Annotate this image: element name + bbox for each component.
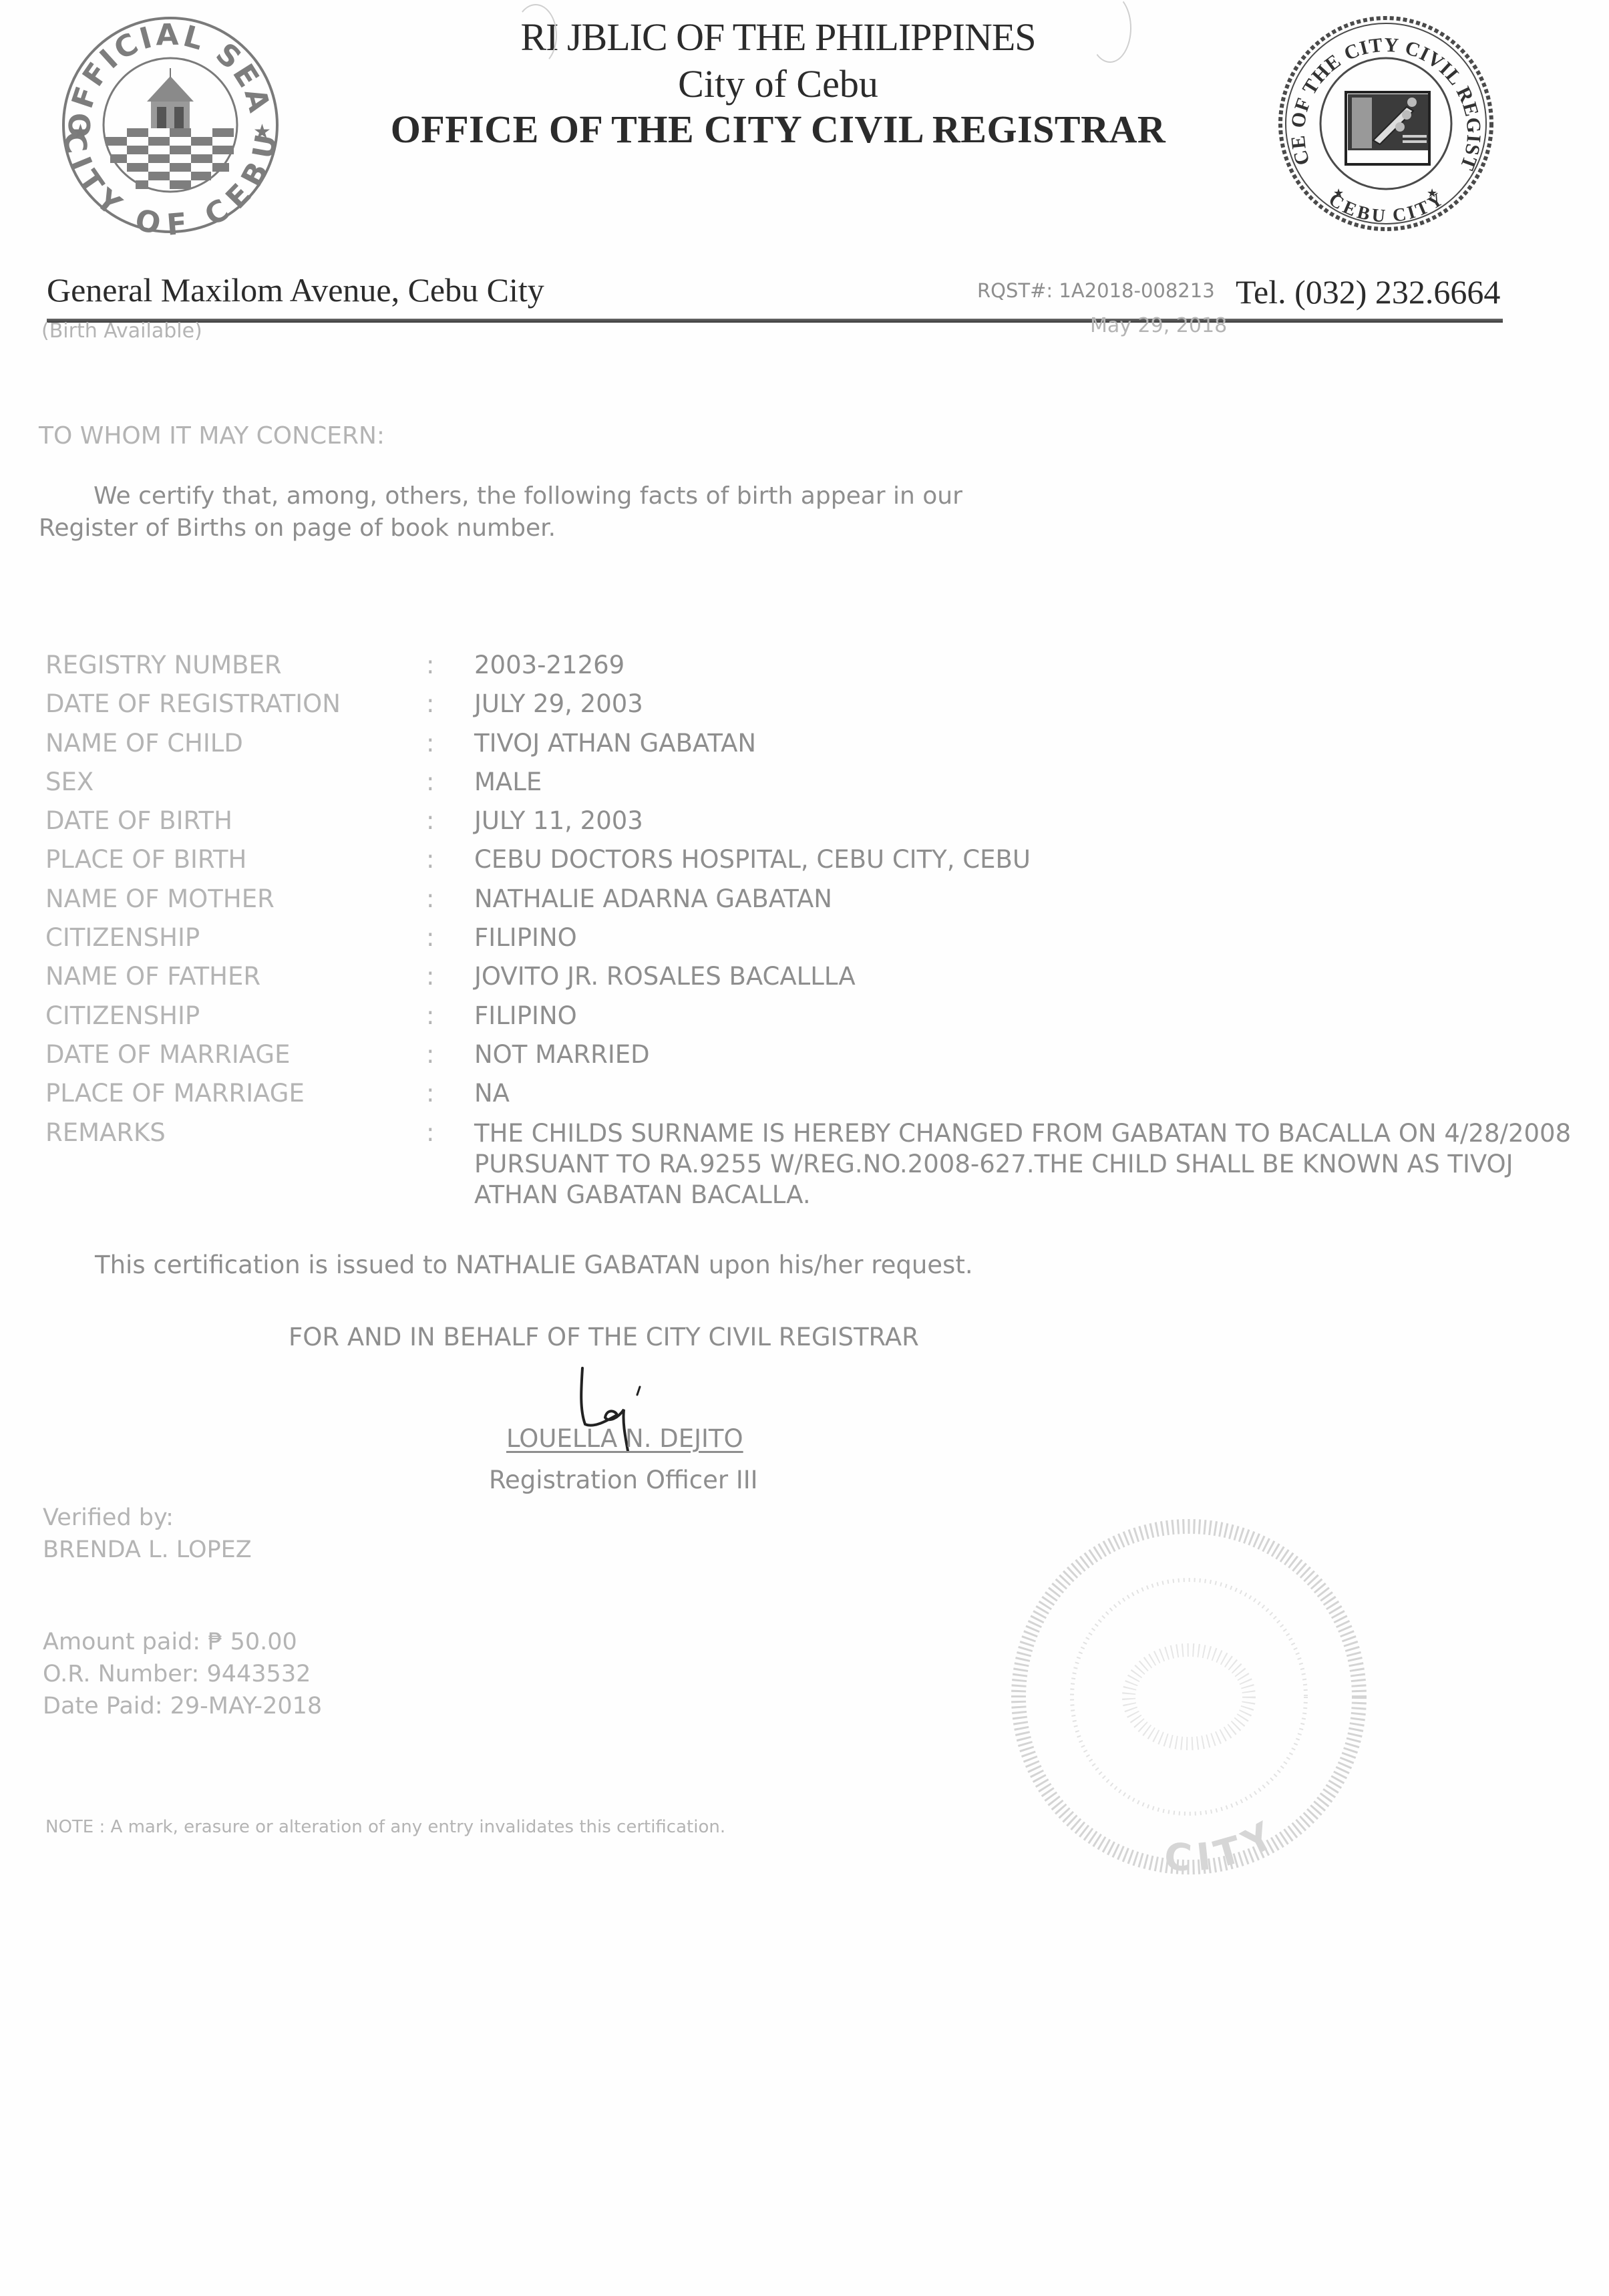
fact-separator: : <box>426 845 434 874</box>
svg-text:★: ★ <box>1333 186 1344 200</box>
svg-text:★: ★ <box>1427 186 1437 200</box>
fact-separator: : <box>426 923 434 952</box>
civil-registrar-seal-icon: OFFICE OF THE CITY CIVIL REGISTRAR CEBU … <box>1276 13 1496 234</box>
fact-value: 2003-21269 <box>474 651 624 679</box>
fact-label: DATE OF MARRIAGE <box>45 1040 290 1069</box>
svg-text:CITY: CITY <box>1163 1814 1281 1880</box>
fact-label: CITIZENSHIP <box>45 923 200 952</box>
invalidation-note: NOTE : A mark, erasure or alteration of … <box>45 1817 725 1837</box>
fact-value: JOVITO JR. ROSALES BACALLLA <box>474 962 856 991</box>
fact-separator: : <box>426 1001 434 1030</box>
fact-separator: : <box>426 768 434 796</box>
fact-value: JULY 11, 2003 <box>474 806 643 835</box>
fact-separator: : <box>426 689 434 718</box>
fact-label: DATE OF BIRTH <box>45 806 232 835</box>
fact-value: NOT MARRIED <box>474 1040 650 1069</box>
fact-label: PLACE OF MARRIAGE <box>45 1079 305 1108</box>
fact-separator: : <box>426 884 434 913</box>
or-number: O.R. Number: 9443532 <box>43 1661 311 1687</box>
fact-value: TIVOJ ATHAN GABATAN <box>474 729 756 758</box>
fact-label: NAME OF MOTHER <box>45 884 275 913</box>
fact-label: NAME OF FATHER <box>45 962 260 991</box>
header-divider <box>47 319 1503 323</box>
behalf-statement: FOR AND IN BEHALF OF THE CITY CIVIL REGI… <box>289 1323 919 1351</box>
document-type: (Birth Available) <box>41 319 202 343</box>
fact-label: REMARKS <box>45 1118 166 1147</box>
issued-to-statement: This certification is issued to NATHALIE… <box>95 1251 973 1279</box>
fact-value: NA <box>474 1079 510 1108</box>
fact-label: NAME OF CHILD <box>45 729 243 758</box>
fact-label: SEX <box>45 768 94 796</box>
fact-value: NATHALIE ADARNA GABATAN <box>474 884 832 913</box>
fact-separator: : <box>426 1118 434 1147</box>
embossed-dry-seal-icon: CITY <box>989 1516 1389 1891</box>
verified-by-label: Verified by: <box>43 1504 174 1531</box>
certify-text-line-1: We certify that, among, others, the foll… <box>94 482 962 510</box>
fact-label: REGISTRY NUMBER <box>45 651 282 679</box>
office-address: General Maxilom Avenue, Cebu City <box>47 271 544 309</box>
fact-label: PLACE OF BIRTH <box>45 845 246 874</box>
birth-certification-page: OFFICIAL SEAL CITY OF CEBU ★ ★ RI JBLIC … <box>0 0 1609 2296</box>
fact-value: MALE <box>474 768 542 796</box>
fact-separator: : <box>426 651 434 679</box>
fact-value: FILIPINO <box>474 923 577 952</box>
fact-separator: : <box>426 1079 434 1108</box>
amount-paid: Amount paid: ₱ 50.00 <box>43 1629 297 1655</box>
fact-separator: : <box>426 962 434 991</box>
issue-date: May 29, 2018 <box>1090 314 1227 337</box>
fact-value: FILIPINO <box>474 1001 577 1030</box>
certify-text-line-2: Register of Births on page of book numbe… <box>39 514 556 542</box>
telephone-number: Tel. (032) 232.6664 <box>1236 273 1500 311</box>
request-number: RQST#: 1A2018-008213 <box>977 279 1215 302</box>
fact-separator: : <box>426 729 434 758</box>
fact-label: CITIZENSHIP <box>45 1001 200 1030</box>
fact-separator: : <box>426 806 434 835</box>
verified-by-name: BRENDA L. LOPEZ <box>43 1536 252 1563</box>
fact-separator: : <box>426 1040 434 1069</box>
fact-value: CEBU DOCTORS HOSPITAL, CEBU CITY, CEBU <box>474 845 1031 874</box>
remarks-value: THE CHILDS SURNAME IS HEREBY CHANGED FRO… <box>474 1118 1576 1210</box>
fact-label: DATE OF REGISTRATION <box>45 689 341 718</box>
fact-value: JULY 29, 2003 <box>474 689 643 718</box>
salutation: TO WHOM IT MAY CONCERN: <box>39 422 385 450</box>
registration-officer-title: Registration Officer III <box>489 1466 758 1494</box>
registration-officer-name: LOUELLA N. DEJITO <box>506 1424 743 1453</box>
date-paid: Date Paid: 29-MAY-2018 <box>43 1693 322 1719</box>
paper-hole-mark <box>514 4 557 67</box>
